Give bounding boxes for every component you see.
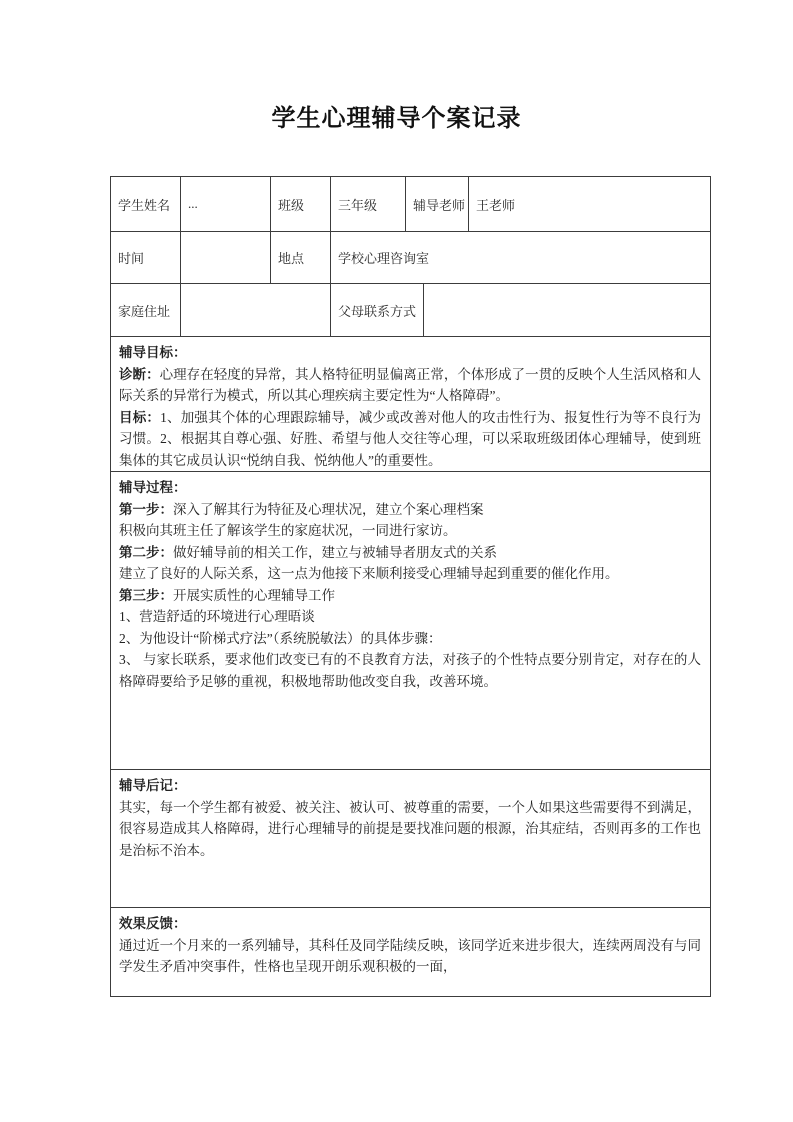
section-paragraph: 其实，每一个学生都有被爱、被关注、被认可、被尊重的需要，一个人如果这些需要得不到… xyxy=(119,797,701,862)
teacher-label: 辅导老师 xyxy=(406,177,469,231)
section-paragraph: 通过近一个月来的一系列辅导，其科任及同学陆续反映，该同学近来进步很大，连续两周没… xyxy=(119,935,701,978)
section-heading: 效果反馈： xyxy=(119,913,701,935)
section-heading: 辅导后记： xyxy=(119,775,701,797)
section-paragraph: 2、为他设计“阶梯式疗法”（系统脱敏法）的具体步骤： xyxy=(119,628,701,650)
class-value: 三年级 xyxy=(331,177,406,231)
section-paragraph: 第一步：深入了解其行为特征及心理状况，建立个案心理档案 xyxy=(119,499,701,521)
section-heading: 辅导目标： xyxy=(119,342,701,364)
section-paragraph: 3、 与家长联系，要求他们改变已有的不良教育方法，对孩子的个性特点要分别肯定，对… xyxy=(119,649,701,692)
section-paragraph: 第二步：做好辅导前的相关工作，建立与被辅导者朋友式的关系 xyxy=(119,542,701,564)
info-row-3: 家庭住址 父母联系方式 xyxy=(111,284,710,337)
teacher-value: 王老师 xyxy=(469,177,710,231)
class-label: 班级 xyxy=(271,177,331,231)
section-paragraph: 积极向其班主任了解该学生的家庭状况，一同进行家访。 xyxy=(119,520,701,542)
section-paragraph: 目标：1、加强其个体的心理跟踪辅导，减少或改善对他人的攻击性行为、报复性行为等不… xyxy=(119,407,701,472)
section-counseling-postscript: 辅导后记：其实，每一个学生都有被爱、被关注、被认可、被尊重的需要，一个人如果这些… xyxy=(111,770,710,908)
info-row-2: 时间 地点 学校心理咨询室 xyxy=(111,232,710,284)
section-paragraph: 1、营造舒适的环境进行心理晤谈 xyxy=(119,606,701,628)
student-name-value: ... xyxy=(181,177,271,231)
student-name-label: 学生姓名 xyxy=(111,177,181,231)
place-value: 学校心理咨询室 xyxy=(331,232,710,283)
time-label: 时间 xyxy=(111,232,181,283)
address-value xyxy=(181,284,331,336)
parent-contact-value xyxy=(424,284,710,336)
section-counseling-process: 辅导过程：第一步：深入了解其行为特征及心理状况，建立个案心理档案积极向其班主任了… xyxy=(111,472,710,770)
parent-contact-label: 父母联系方式 xyxy=(331,284,424,336)
section-paragraph: 建立了良好的人际关系，这一点为他接下来顺利接受心理辅导起到重要的催化作用。 xyxy=(119,563,701,585)
info-row-1: 学生姓名 ... 班级 三年级 辅导老师 王老师 xyxy=(111,177,710,232)
place-label: 地点 xyxy=(271,232,331,283)
time-value xyxy=(181,232,271,283)
section-paragraph: 第三步：开展实质性的心理辅导工作 xyxy=(119,585,701,607)
case-record-table: 学生姓名 ... 班级 三年级 辅导老师 王老师 时间 地点 学校心理咨询室 家… xyxy=(110,176,711,997)
section-paragraph: 诊断：心理存在轻度的异常，其人格特征明显偏离正常，个体形成了一贯的反映个人生活风… xyxy=(119,364,701,407)
page-title: 学生心理辅导个案记录 xyxy=(0,98,793,133)
document-page: 学生心理辅导个案记录 学生姓名 ... 班级 三年级 辅导老师 王老师 时间 地… xyxy=(0,0,793,1122)
address-label: 家庭住址 xyxy=(111,284,181,336)
section-heading: 辅导过程： xyxy=(119,477,701,499)
section-counseling-goals: 辅导目标：诊断：心理存在轻度的异常，其人格特征明显偏离正常，个体形成了一贯的反映… xyxy=(111,337,710,472)
section-effect-feedback: 效果反馈：通过近一个月来的一系列辅导，其科任及同学陆续反映，该同学近来进步很大，… xyxy=(111,908,710,996)
